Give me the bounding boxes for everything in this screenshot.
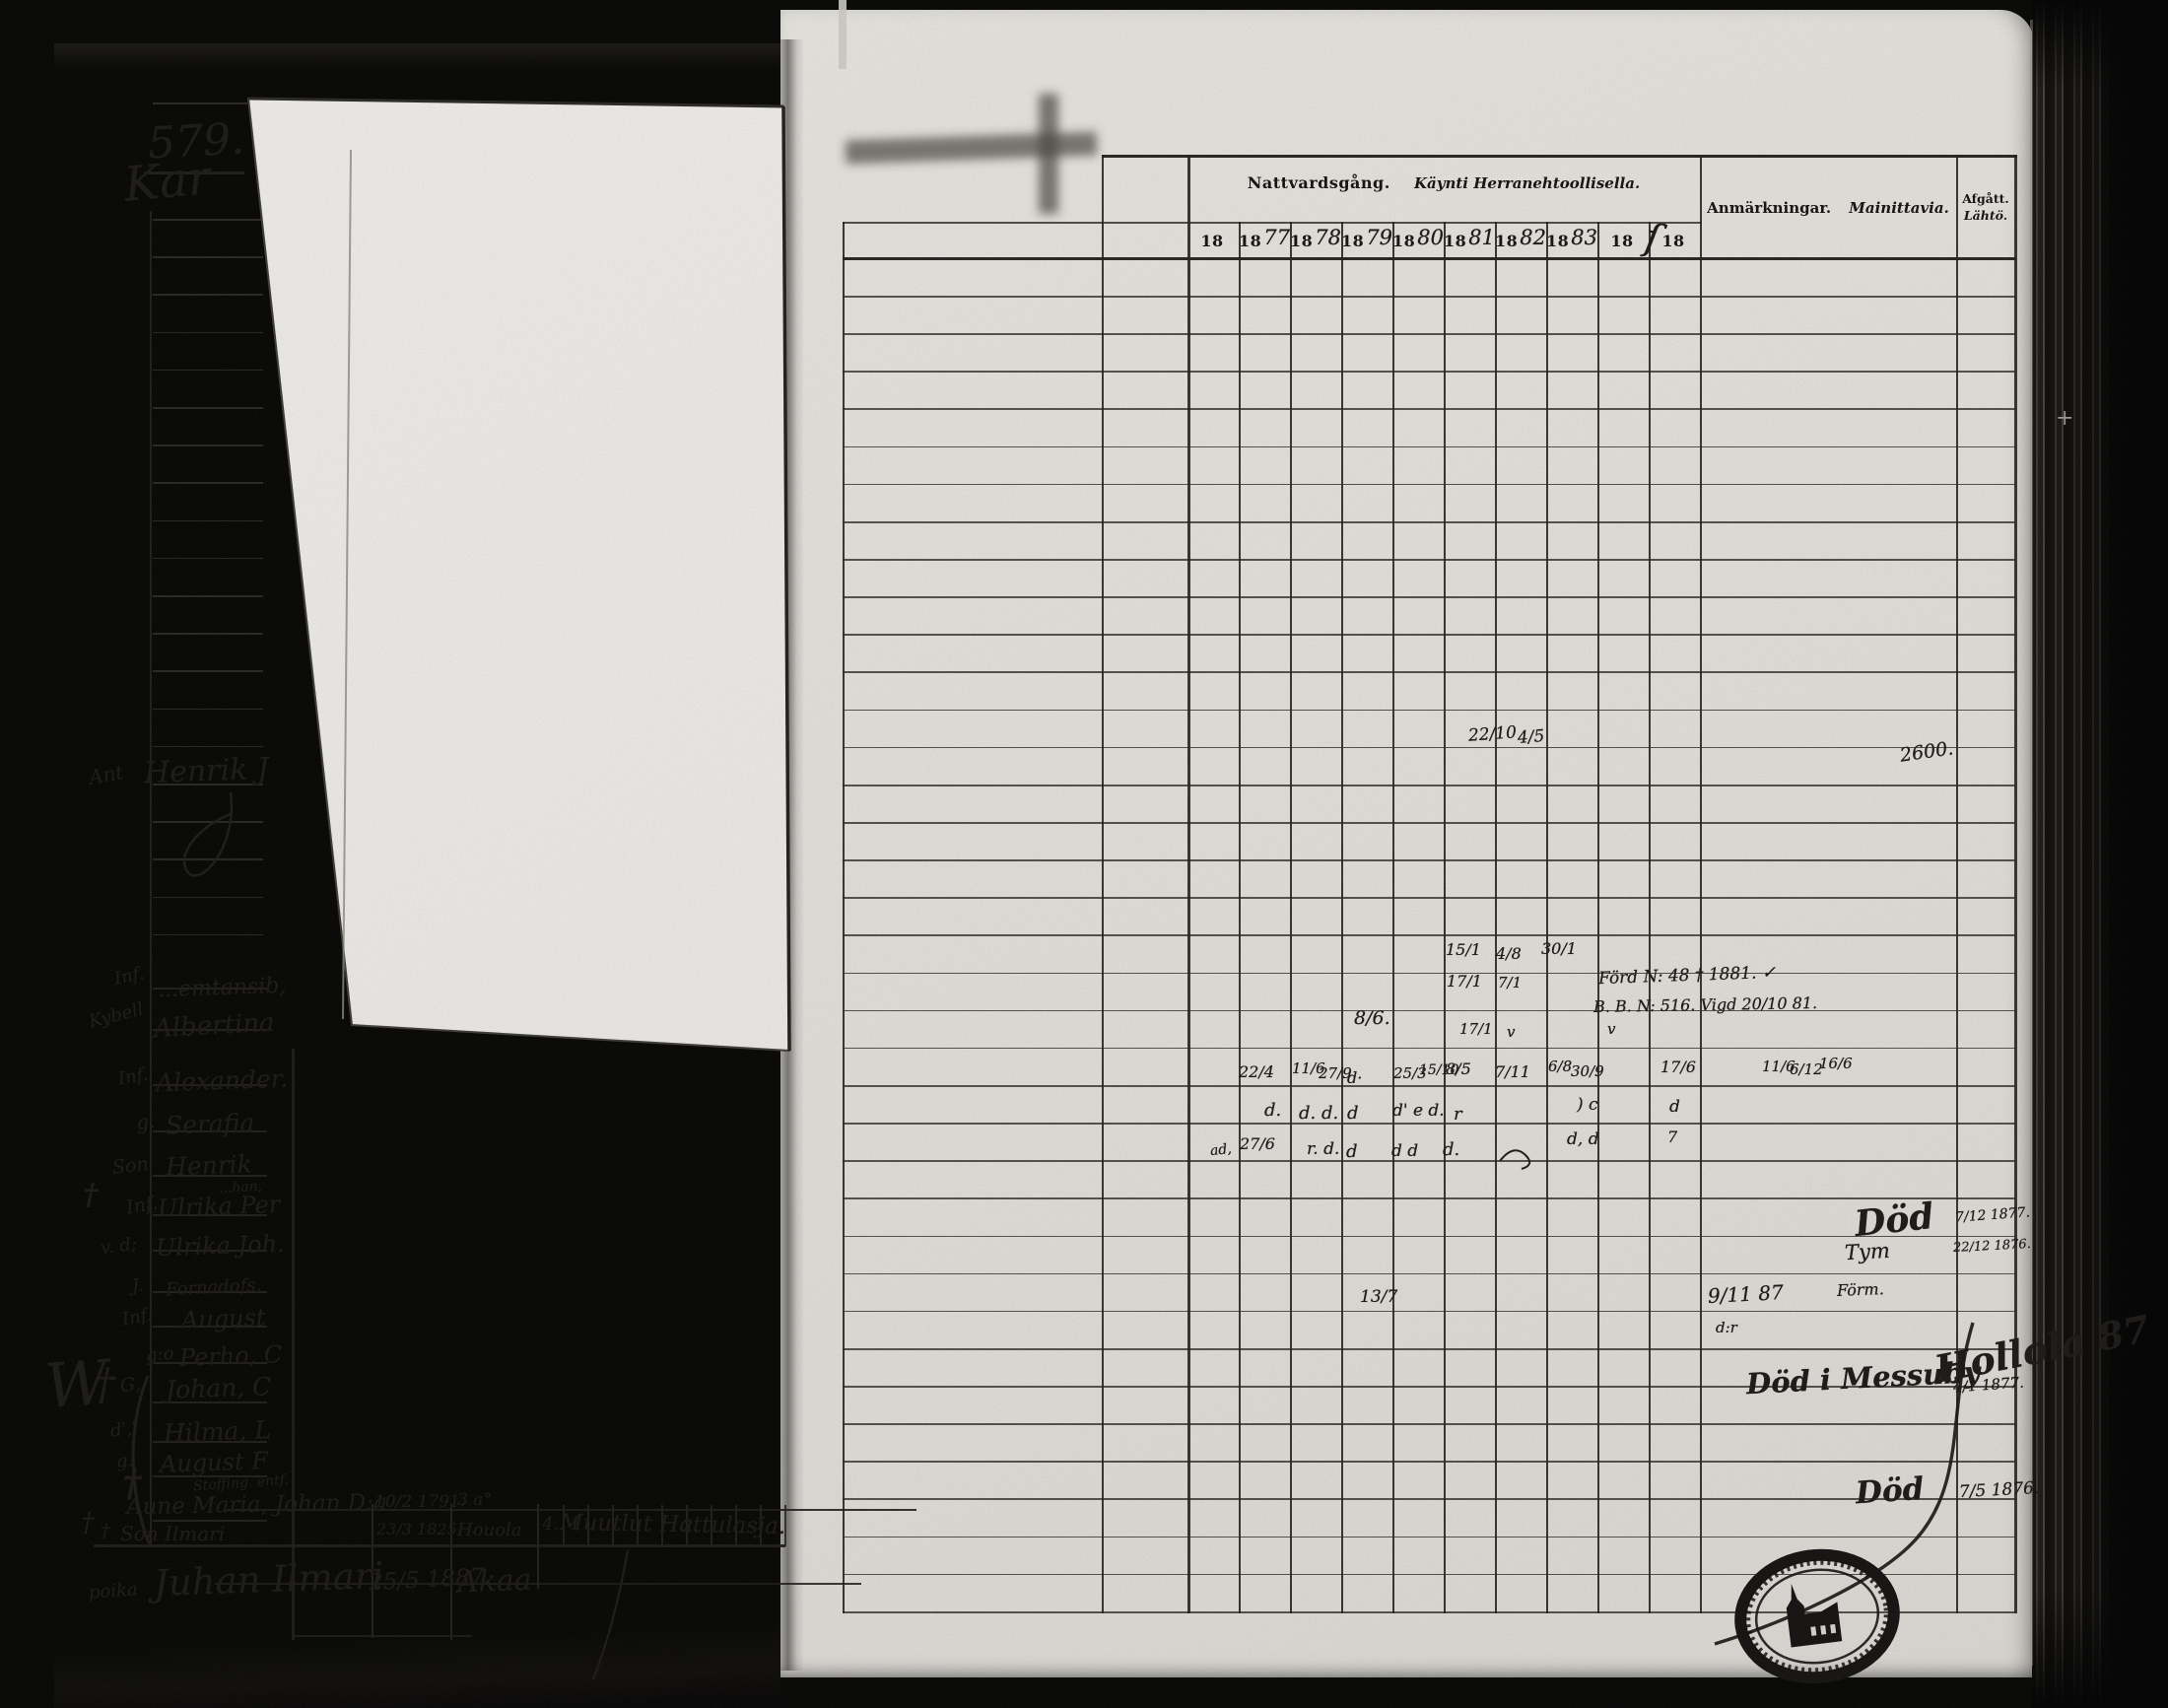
bottom-row-prefix: poika	[88, 1581, 138, 1602]
communion-date-mark: 8/6.	[1354, 1009, 1390, 1028]
bottom-row-date: 23/3 1825	[376, 1522, 457, 1537]
margin-name-prefix: Son	[111, 1155, 149, 1178]
margin-name: Perho, C	[179, 1342, 283, 1370]
remark-note: Död	[1855, 1474, 1925, 1510]
margin-name-prefix: J.	[131, 1276, 144, 1295]
margin-name: ...emtansib,	[158, 976, 287, 1002]
bottom-row-place: Akaa	[456, 1566, 532, 1599]
year-column-header: 18	[1187, 225, 1239, 256]
communion-date-mark: 7/11	[1495, 1064, 1530, 1080]
margin-name: August F	[160, 1449, 269, 1476]
remark-note: Död	[1853, 1198, 1935, 1242]
ditto-mark: d.	[1443, 1141, 1459, 1159]
remarks-header-swedish: Anmärkningar.	[1707, 199, 1831, 217]
death-cross-icon: †	[101, 1522, 110, 1540]
page-edge-highlight	[2030, 20, 2033, 1666]
bottom-row-place: Houola	[457, 1522, 521, 1539]
communion-date-mark: 4/5	[1517, 728, 1544, 747]
departed-header: Afgått. Lähtö.	[1956, 191, 2015, 225]
scanned-register-spread: 579. Kar Ant Henrik J Inf. ...emtansib, …	[0, 0, 2168, 1708]
communion-date-mark: 6/8	[1548, 1059, 1572, 1074]
ditto-mark: ) c	[1577, 1097, 1598, 1114]
margin-name: Henrik	[166, 1151, 253, 1179]
remark-note: 9/11 87	[1708, 1282, 1785, 1306]
communion-date-mark: 30/1	[1541, 941, 1577, 957]
communion-date-mark: 22/4	[1239, 1064, 1274, 1080]
remarks-header-finnish: Mainittavia.	[1849, 199, 1949, 217]
departed-header-swedish: Afgått.	[1956, 191, 2015, 208]
margin-name: Serafia	[166, 1110, 255, 1137]
margin-name-prefix: g:o	[145, 1345, 174, 1366]
communion-date-mark: 7/1	[1498, 976, 1522, 991]
year-column-header: 18	[1597, 225, 1649, 256]
ditto-mark: d d	[1391, 1143, 1418, 1160]
margin-name: Alexander.	[156, 1066, 289, 1096]
ditto-mark: d.	[1264, 1102, 1281, 1120]
remark-note: B. B. N: 516. Vigd 20/10 81.	[1593, 995, 1817, 1015]
table-title-finnish: Käynti Herranehtoollisella.	[1414, 174, 1640, 192]
ditto-mark: r. d.	[1307, 1141, 1339, 1158]
year-column-header: 1878	[1290, 225, 1341, 256]
remark-note: Förm.	[1837, 1281, 1884, 1299]
margin-name-prefix: v. d;	[100, 1236, 138, 1259]
table-title: Nattvardsgång. Käynti Herranehtoollisell…	[1187, 175, 1700, 191]
tick-mark: v	[1607, 1022, 1615, 1037]
departed-header-finnish: Lähtö.	[1956, 208, 2015, 225]
ditto-mark: d' e d.	[1392, 1103, 1445, 1120]
margin-name-prefix: Inf.	[121, 1306, 154, 1329]
tick-mark: v	[1507, 1025, 1515, 1040]
year-column-header: 1882	[1495, 225, 1546, 256]
death-cross-icon: †	[81, 1510, 95, 1537]
communion-date-mark: 15/1	[1446, 942, 1481, 958]
communion-date-mark: 27/6	[1240, 1136, 1275, 1152]
year-column-header: 1877	[1239, 225, 1290, 256]
crease-shadow	[1039, 94, 1058, 214]
left-heading-fragment: Kar	[122, 154, 212, 208]
departed-date: 7/5 1876.	[1959, 1480, 2040, 1501]
margin-name: Fornadofs,	[166, 1276, 262, 1299]
communion-date-mark: 17/6	[1660, 1059, 1696, 1075]
book-edge-shading	[2032, 0, 2168, 1708]
bottom-row-note: 3 a°	[457, 1492, 492, 1509]
bottom-row-name: Aune Maria, Johan D:a	[126, 1492, 387, 1520]
ditto-mark: d	[1669, 1099, 1680, 1116]
bottom-row-note: Muutlut Hattulasja.	[560, 1512, 786, 1538]
death-cross-icon: †	[83, 1181, 99, 1210]
margin-name-prefix: d','	[109, 1419, 138, 1441]
bottom-row-date: 10/2 1791.	[374, 1494, 465, 1511]
bottom-edge-shadow	[54, 1618, 780, 1708]
ditto-mark: d, d	[1567, 1131, 1599, 1148]
bottom-row-name: Son Ilmari	[120, 1524, 225, 1543]
entry-prefix: Ant	[88, 762, 125, 787]
year-column-header: 1880	[1392, 225, 1444, 256]
margin-name: Albertina	[153, 1010, 275, 1042]
ditto-mark: d. d.	[1299, 1105, 1338, 1123]
entry-name: Henrik J	[144, 755, 270, 788]
bottom-cell-mark: 4.	[542, 1516, 559, 1534]
margin-name-prefix: Inf.	[117, 1065, 150, 1088]
year-column-header: 1879	[1341, 225, 1392, 256]
year-column-header: 1883	[1546, 225, 1597, 256]
communion-date-mark: 30/9	[1571, 1064, 1604, 1079]
margin-name: Ulrika Joh.	[156, 1232, 285, 1261]
ditto-mark: r	[1454, 1106, 1462, 1124]
remark-note: Tym	[1844, 1241, 1890, 1264]
ditto-mark: d	[1346, 1143, 1358, 1161]
margin-name-prefix: g.	[135, 1111, 157, 1132]
edge-plus-mark: +	[2056, 408, 2073, 430]
communion-date-mark: 17/1	[1459, 1022, 1493, 1037]
ditto-mark: 7	[1667, 1129, 1677, 1145]
margin-name: Hilma, L	[164, 1417, 272, 1446]
communion-date-mark: 13/7	[1360, 1289, 1397, 1306]
ditto-mark: d	[1347, 1105, 1359, 1123]
communion-date-mark: 17/1	[1447, 974, 1482, 990]
year-column-header: 1881	[1444, 225, 1495, 256]
departed-date: 22/12 1876.	[1953, 1238, 2031, 1255]
communion-date-mark: 22/10	[1467, 724, 1517, 744]
communion-date-mark: 8/5	[1446, 1061, 1471, 1077]
margin-name: August	[181, 1306, 266, 1332]
remarks-header: Anmärkningar. Mainittavia.	[1700, 200, 1956, 216]
ditto-mark: ad,	[1209, 1142, 1232, 1158]
margin-name-prefix: Inf.	[125, 1194, 160, 1217]
margin-name-prefix: G„	[119, 1375, 146, 1397]
margin-name: Johan, C	[166, 1374, 272, 1402]
communion-date-mark: 6/12	[1790, 1062, 1823, 1077]
table-title-swedish: Nattvardsgång.	[1248, 173, 1390, 192]
communion-date-mark: 16/6	[1819, 1057, 1853, 1071]
remark-note: d:r	[1716, 1321, 1737, 1335]
w-margin-mark: W	[43, 1352, 110, 1417]
margin-name: Ulrika Per	[158, 1193, 281, 1220]
ditto-mark: d·	[1347, 1070, 1362, 1086]
communion-date-mark: 4/8	[1496, 946, 1522, 962]
bottom-row-name: Juhan Ilmari	[153, 1557, 383, 1602]
page-edge-sliver	[839, 0, 847, 69]
